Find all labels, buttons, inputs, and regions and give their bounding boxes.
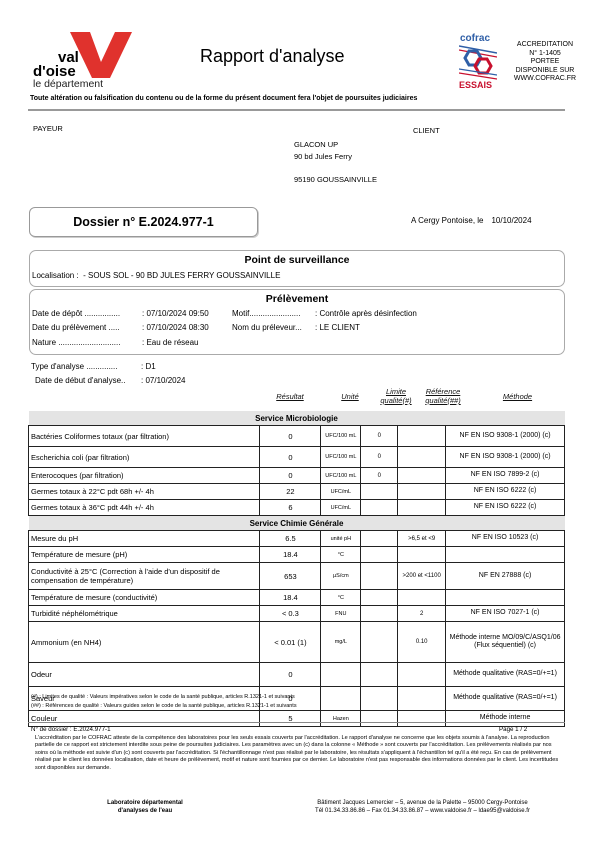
method-cell: NF EN ISO 7027-1 (c)	[446, 606, 565, 622]
table-row: Enterocoques (par filtration)0UFC/100 mL…	[29, 468, 565, 484]
limit-cell: 0	[361, 468, 398, 484]
limit-cell	[361, 687, 398, 711]
parameter-cell: Germes totaux à 36°C pdt 44h +/- 4h	[29, 500, 260, 516]
nature-label: Nature ............................	[32, 338, 120, 347]
unit-cell: UFC/mL	[321, 484, 361, 500]
table-row: Couleur5HazenMéthode interne	[29, 711, 565, 727]
limit-cell	[361, 663, 398, 687]
address-line1: Bâtiment Jacques Lemercier – 5, avenue d…	[290, 800, 555, 808]
unit-cell: °C	[321, 590, 361, 606]
logo-text-doise: d'oise	[33, 65, 76, 79]
col-unite: Unité	[320, 392, 380, 401]
parameter-cell: Température de mesure (pH)	[29, 547, 260, 563]
reference-cell	[398, 468, 446, 484]
reference-cell	[398, 711, 446, 727]
date-depot-label: Date de dépôt ................	[32, 309, 120, 318]
svg-text:cofrac: cofrac	[460, 33, 490, 44]
svg-text:ESSAIS: ESSAIS	[459, 80, 492, 89]
nature-value: : Eau de réseau	[142, 338, 198, 347]
limit-cell	[361, 484, 398, 500]
method-cell: NF EN ISO 6222 (c)	[446, 500, 565, 516]
result-cell: 653	[260, 563, 321, 590]
section-header: Service Chimie Générale	[29, 516, 565, 531]
lab-name-line2: d'analyses de l'eau	[100, 808, 190, 816]
preleveur-label: Nom du préleveur...	[232, 323, 302, 332]
table-row: Bactéries Coliformes totaux (par filtrat…	[29, 426, 565, 447]
unit-cell: °C	[321, 547, 361, 563]
parameter-cell: Odeur	[29, 663, 260, 687]
cofrac-logo: cofrac ESSAIS	[459, 31, 497, 89]
limit-cell	[361, 622, 398, 663]
section-title: Service Microbiologie	[29, 411, 565, 426]
accred-line: ACCREDITATION	[497, 41, 593, 50]
parameter-cell: Bactéries Coliformes totaux (par filtrat…	[29, 426, 260, 447]
report-date: 10/10/2024	[491, 216, 531, 225]
footer-divider	[28, 722, 565, 723]
unit-cell: Hazen	[321, 711, 361, 727]
header-divider	[28, 109, 565, 111]
motif-label: Motif.......................	[232, 309, 300, 318]
localisation-label: Localisation :	[32, 271, 79, 280]
method-cell: NF EN ISO 9308-1 (2000) (c)	[446, 426, 565, 447]
method-cell: Méthode interne	[446, 711, 565, 727]
method-cell	[446, 547, 565, 563]
reference-cell: 0.10	[398, 622, 446, 663]
date-prelevement-label: Date du prélèvement .....	[32, 323, 120, 332]
unit-cell: UFC/100 mL	[321, 447, 361, 468]
reference-cell	[398, 590, 446, 606]
parameter-cell: Turbidité néphélométrique	[29, 606, 260, 622]
result-cell: 18.4	[260, 590, 321, 606]
type-analyse-value: : D1	[141, 362, 156, 371]
table-row: Température de mesure (pH)18.4°C	[29, 547, 565, 563]
address-line2: Tél 01.34.33.86.86 – Fax 01.34.33.86.87 …	[290, 808, 555, 816]
legend-limites: (#) : Limites de qualité : Valeurs impér…	[31, 693, 297, 702]
parameter-cell: Enterocoques (par filtration)	[29, 468, 260, 484]
page-title: Rapport d'analyse	[200, 46, 345, 67]
date-prelevement-value: : 07/10/2024 08:30	[142, 323, 209, 332]
client-street: 90 bd Jules Ferry	[294, 151, 377, 163]
result-cell: < 0.3	[260, 606, 321, 622]
v-logo-icon	[70, 32, 132, 78]
table-row: Escherichia coli (par filtration)0UFC/10…	[29, 447, 565, 468]
report-place-date: A Cergy Pontoise, le10/10/2024	[411, 216, 532, 225]
result-cell: 22	[260, 484, 321, 500]
table-legend: (#) : Limites de qualité : Valeurs impér…	[31, 693, 297, 711]
prelevement-box: Prélèvement Date de dépôt ..............…	[29, 289, 565, 355]
col-resultat: Résultat	[260, 392, 320, 401]
parameter-cell: Germes totaux à 22°C pdt 68h +/- 4h	[29, 484, 260, 500]
method-cell: NF EN 27888 (c)	[446, 563, 565, 590]
col-methode: Méthode	[470, 392, 565, 401]
reference-cell: >200 et <1100	[398, 563, 446, 590]
parameter-cell: Couleur	[29, 711, 260, 727]
accred-line: N° 1-1405	[497, 50, 593, 59]
col-reference-line2: qualité(##)	[418, 396, 468, 405]
type-analyse-label: Type d'analyse ..............	[31, 362, 117, 371]
table-row: Mesure du pH6.5unité pH>6,5 et <9NF EN I…	[29, 531, 565, 547]
localisation-value: - SOUS SOL - 90 BD JULES FERRY GOUSSAINV…	[83, 271, 280, 280]
section-header: Service Microbiologie	[29, 411, 565, 426]
method-cell: Méthode qualitative (RAS=0/+=1)	[446, 687, 565, 711]
parameter-cell: Escherichia coli (par filtration)	[29, 447, 260, 468]
payeur-label: PAYEUR	[33, 124, 63, 133]
parameter-cell: Température de mesure (conductivité)	[29, 590, 260, 606]
footer-dossier-number: N° de dossier : E.2024.977-1	[31, 726, 111, 733]
logo-text-departement: le département	[33, 78, 103, 90]
table-row: Turbidité néphélométrique< 0.3FNU2NF EN …	[29, 606, 565, 622]
limit-cell	[361, 606, 398, 622]
result-cell: 0	[260, 663, 321, 687]
accred-line: DISPONIBLE SUR	[497, 67, 593, 76]
result-cell: 6.5	[260, 531, 321, 547]
lab-name-line1: Laboratoire départemental	[100, 800, 190, 808]
reference-cell: 2	[398, 606, 446, 622]
table-row: Ammonium (en NH4)< 0.01 (1)mg/L0.10Métho…	[29, 622, 565, 663]
results-table: Service MicrobiologieBactéries Coliforme…	[28, 411, 565, 727]
reference-cell	[398, 547, 446, 563]
limit-cell	[361, 590, 398, 606]
limit-cell: 0	[361, 447, 398, 468]
unit-cell: UFC/100 mL	[321, 468, 361, 484]
section-title: Service Chimie Générale	[29, 516, 565, 531]
method-cell: Méthode qualitative (RAS=0/+=1)	[446, 663, 565, 687]
limit-cell	[361, 563, 398, 590]
col-limite: Limite qualité(#)	[376, 387, 416, 405]
limit-cell	[361, 711, 398, 727]
date-debut-value: : 07/10/2024	[141, 376, 185, 385]
legal-warning: Toute altération ou falsification du con…	[30, 95, 417, 102]
method-cell: NF EN ISO 6222 (c)	[446, 484, 565, 500]
client-label: CLIENT	[413, 126, 440, 135]
accreditation-disclaimer: L'accréditation par le COFRAC atteste de…	[35, 735, 565, 772]
legend-references: (##) : Références de qualité : Valeurs g…	[31, 702, 297, 711]
result-cell: 0	[260, 468, 321, 484]
table-row: Germes totaux à 36°C pdt 44h +/- 4h6UFC/…	[29, 500, 565, 516]
cofrac-essais-icon: cofrac ESSAIS	[459, 31, 497, 89]
method-cell: NF EN ISO 10523 (c)	[446, 531, 565, 547]
reference-cell	[398, 426, 446, 447]
unit-cell: µS/cm	[321, 563, 361, 590]
col-reference: Référence qualité(##)	[418, 387, 468, 405]
result-cell: 18.4	[260, 547, 321, 563]
unit-cell: UFC/mL	[321, 500, 361, 516]
col-limite-line1: Limite	[376, 387, 416, 396]
result-cell: 6	[260, 500, 321, 516]
point-surveillance-title: Point de surveillance	[30, 254, 564, 266]
col-limite-line2: qualité(#)	[376, 396, 416, 405]
reference-cell	[398, 687, 446, 711]
client-name: GLACON UP	[294, 139, 377, 151]
method-cell: NF EN ISO 9308-1 (2000) (c)	[446, 447, 565, 468]
reference-cell	[398, 663, 446, 687]
parameter-cell: Conductivité à 25°C (Correction à l'aide…	[29, 563, 260, 590]
limit-cell	[361, 531, 398, 547]
reference-cell	[398, 500, 446, 516]
unit-cell	[321, 687, 361, 711]
result-cell: 5	[260, 711, 321, 727]
unit-cell: unité pH	[321, 531, 361, 547]
parameter-cell: Ammonium (en NH4)	[29, 622, 260, 663]
preleveur-value: : LE CLIENT	[315, 323, 360, 332]
page-number: Page 1 / 2	[499, 726, 527, 733]
method-cell: Méthode interne MO/09/C/ASQ1/06 (Flux sé…	[446, 622, 565, 663]
method-cell	[446, 590, 565, 606]
client-city: 95190 GOUSSAINVILLE	[294, 174, 377, 186]
unit-cell: UFC/100 mL	[321, 426, 361, 447]
motif-value: : Contrôle après désinfection	[315, 309, 417, 318]
table-row: Germes totaux à 22°C pdt 68h +/- 4h22UFC…	[29, 484, 565, 500]
client-address: GLACON UP 90 bd Jules Ferry 95190 GOUSSA…	[294, 139, 377, 186]
table-row: Conductivité à 25°C (Correction à l'aide…	[29, 563, 565, 590]
result-cell: 0	[260, 426, 321, 447]
limit-cell	[361, 547, 398, 563]
unit-cell: mg/L	[321, 622, 361, 663]
reference-cell: >6,5 et <9	[398, 531, 446, 547]
limit-cell: 0	[361, 426, 398, 447]
place-label: A Cergy Pontoise, le	[411, 216, 483, 225]
val-doise-logo: val d'oise le département	[30, 32, 135, 87]
result-cell: < 0.01 (1)	[260, 622, 321, 663]
localisation: Localisation : - SOUS SOL - 90 BD JULES …	[32, 271, 280, 280]
lab-name: Laboratoire départemental d'analyses de …	[100, 800, 190, 815]
lab-address: Bâtiment Jacques Lemercier – 5, avenue d…	[290, 800, 555, 815]
result-cell: 0	[260, 447, 321, 468]
unit-cell	[321, 663, 361, 687]
accred-line: WWW.COFRAC.FR	[497, 75, 593, 84]
prelevement-title: Prélèvement	[30, 293, 564, 305]
accred-line: PORTEE	[497, 58, 593, 67]
parameter-cell: Mesure du pH	[29, 531, 260, 547]
method-cell: NF EN ISO 7899-2 (c)	[446, 468, 565, 484]
accreditation-text: ACCREDITATION N° 1-1405 PORTEE DISPONIBL…	[497, 41, 593, 84]
date-depot-value: : 07/10/2024 09:50	[142, 309, 209, 318]
reference-cell	[398, 484, 446, 500]
col-reference-line1: Référence	[418, 387, 468, 396]
point-surveillance-box: Point de surveillance Localisation : - S…	[29, 250, 565, 287]
table-row: Odeur0Méthode qualitative (RAS=0/+=1)	[29, 663, 565, 687]
date-debut-label: Date de début d'analyse..	[35, 376, 125, 385]
dossier-number: Dossier n° E.2024.977-1	[29, 207, 258, 237]
table-row: Température de mesure (conductivité)18.4…	[29, 590, 565, 606]
unit-cell: FNU	[321, 606, 361, 622]
reference-cell	[398, 447, 446, 468]
limit-cell	[361, 500, 398, 516]
